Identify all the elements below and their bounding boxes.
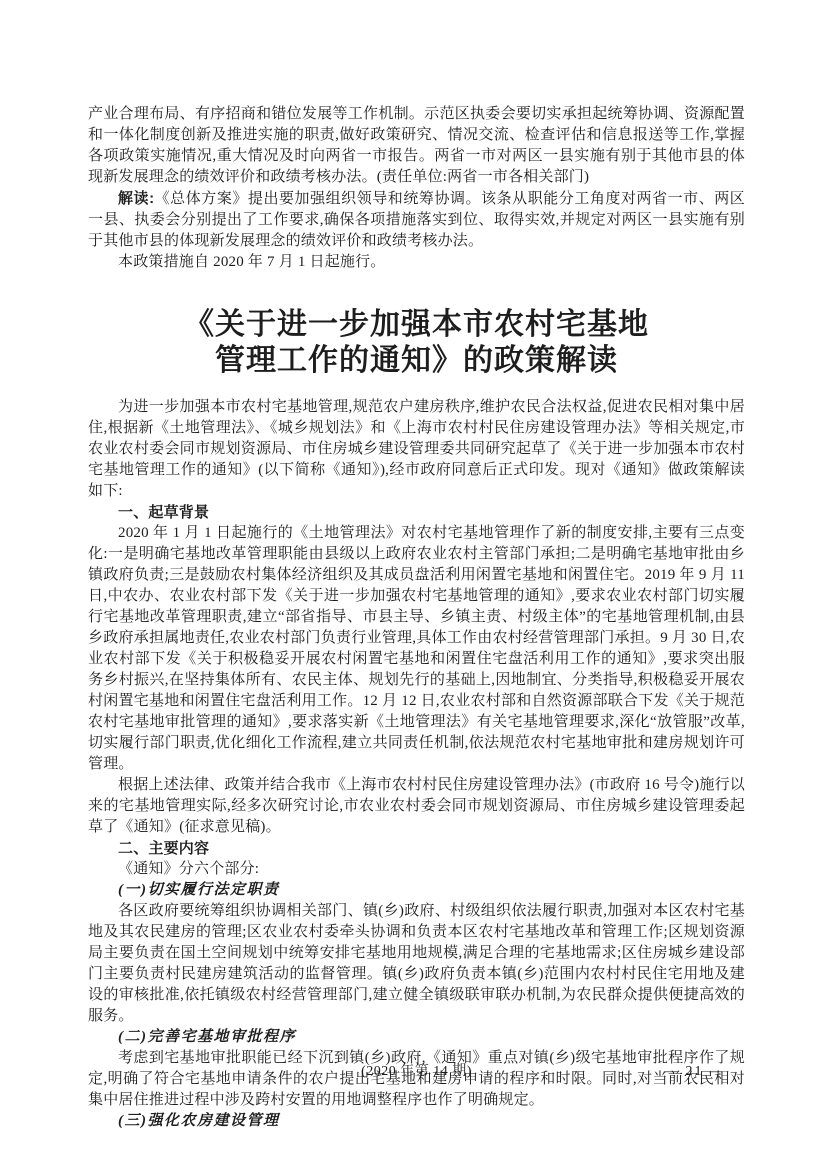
footer-page-number: — 21 — [664, 1062, 725, 1082]
previous-article-effective-date-paragraph: 本政策措施自 2020 年 7 月 1 日起施行。 [88, 252, 745, 273]
part2-heading: (二)完善宅基地审批程序 [88, 1027, 745, 1048]
part1-heading: (一)切实履行法定职责 [88, 880, 745, 901]
document-page: 产业合理布局、有序招商和错位发展等工作机制。示范区执委会要切实承担起统筹协调、资… [0, 0, 827, 1170]
part1-paragraph: 各区政府要统筹组织协调相关部门、镇(乡)政府、村级组织依法履行职责,加强对本区农… [88, 901, 745, 1027]
previous-article-interpretation-paragraph: 解读:《总体方案》提出要加强组织领导和统筹协调。该条从职能分工角度对两省一市、两… [88, 188, 745, 252]
section1-paragraph-1: 2020 年 1 月 1 日起施行的《土地管理法》对农村宅基地管理作了新的制度安… [88, 523, 745, 775]
text-column: 产业合理布局、有序招商和错位发展等工作机制。示范区执委会要切实承担起统筹协调、资… [88, 0, 745, 1132]
article-intro-paragraph: 为进一步加强本市农村宅基地管理,规范农户建房秩序,维护农民合法权益,促进农民相对… [88, 397, 745, 502]
article-title-line2: 管理工作的通知》的政策解读 [215, 344, 618, 377]
section1-paragraph-2: 根据上述法律、政策并结合我市《上海市农村村民住房建设管理办法》(市政府 16 号… [88, 775, 745, 838]
interpretation-text: 《总体方案》提出要加强组织领导和统筹协调。该条从职能分工角度对两省一市、两区一县… [88, 191, 745, 249]
previous-article-continued-paragraph: 产业合理布局、有序招商和错位发展等工作机制。示范区执委会要切实承担起统筹协调、资… [88, 104, 745, 188]
page-footer: (2020 年第 14 期) — 21 — [88, 1062, 745, 1082]
part3-heading: (三)强化农房建设管理 [88, 1111, 745, 1132]
footer-issue-label: (2020 年第 14 期) [88, 1062, 745, 1082]
section-heading-main-content: 二、主要内容 [88, 838, 745, 859]
interpretation-label: 解读: [118, 190, 154, 207]
section-heading-drafting-background: 一、起草背景 [88, 502, 745, 523]
article-title: 《关于进一步加强本市农村宅基地 管理工作的通知》的政策解读 [88, 307, 745, 379]
section2-intro-paragraph: 《通知》分六个部分: [88, 859, 745, 880]
article-title-line1: 《关于进一步加强本市农村宅基地 [184, 308, 649, 341]
